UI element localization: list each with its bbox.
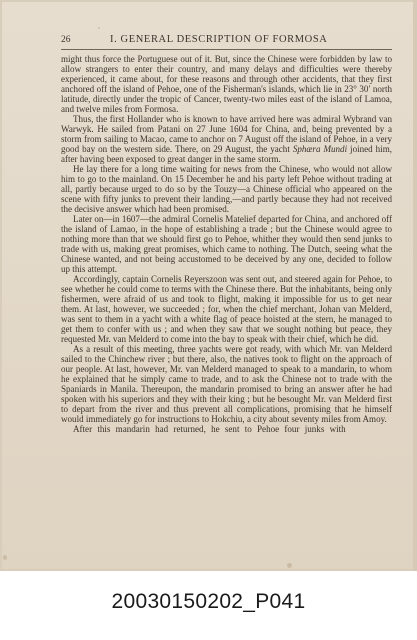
foxing-spot [98,27,100,29]
paragraph: Accordingly, captain Cornelis Reyerszoon… [61,274,392,344]
paragraph: Thus, the first Hollander who is known t… [61,114,392,164]
scanned-page: 26 I. GENERAL DESCRIPTION OF FORMOSA mig… [0,0,417,571]
ship-name-italic: Sphæra Mundi [293,144,347,154]
page-edge-shadow [413,0,417,571]
paragraph: As a result of this meeting, three yacht… [61,344,392,424]
paragraph: Later on—in 1607—the admiral Cornelis Ma… [61,214,392,274]
paragraph: might thus force the Portuguese out of i… [61,54,392,114]
paragraph: He lay there for a long time waiting for… [61,164,392,214]
page-number: 26 [61,35,71,45]
paragraph: After this mandarin had returned, he sen… [61,424,392,434]
chapter-title: I. GENERAL DESCRIPTION OF FORMOSA [110,34,327,45]
image-id-caption: 20030150202_P041 [0,590,417,614]
body-text: might thus force the Portuguese out of i… [61,54,392,434]
foxing-spot [3,555,7,560]
foxing-spot [287,563,292,568]
running-head: 26 I. GENERAL DESCRIPTION OF FORMOSA [61,33,392,50]
